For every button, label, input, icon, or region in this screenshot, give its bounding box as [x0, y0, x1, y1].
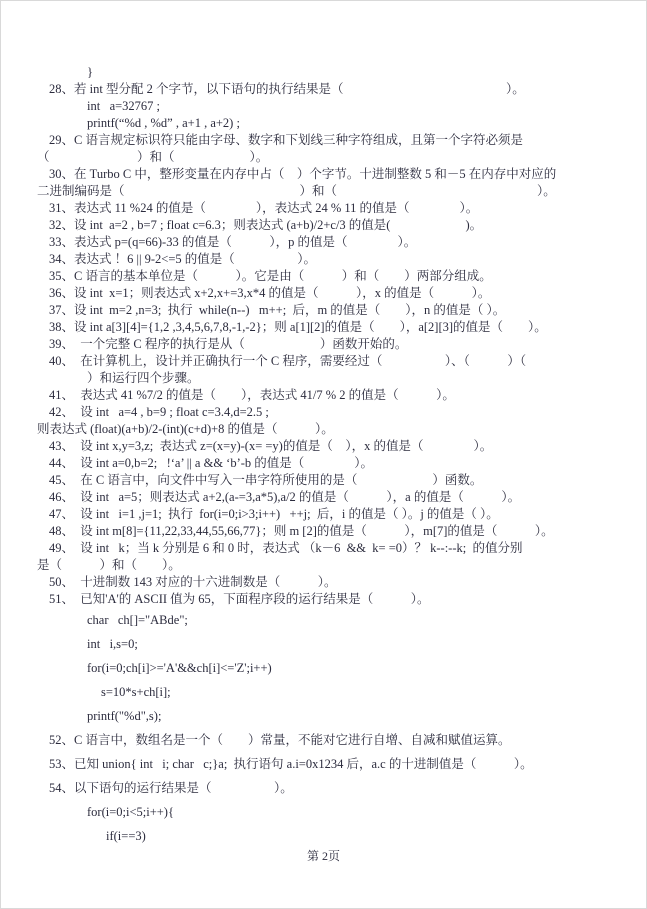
text-line: 28、若 int 型分配 2 个字节，以下语句的执行结果是（ ）。 — [49, 81, 626, 98]
code-line: if(i==3) — [106, 824, 626, 848]
text-line: 46、 设 int a=5；则表达式 a+2,(a-=3,a*5),a/2 的值… — [49, 489, 626, 506]
text-line: 52、C 语言中，数组名是一个（ ）常量，不能对它进行自增、自减和赋值运算。 — [49, 728, 626, 752]
text-line: 42、 设 int a=4 , b=9 ; float c=3.4,d=2.5 … — [49, 404, 626, 421]
text-line: 40、 在计算机上，设计并正确执行一个 C 程序，需要经过（ ）、（ ）（ — [49, 353, 626, 370]
code-line: for(i=0;i<5;i++){ — [87, 800, 626, 824]
code-line: printf("%d",s); — [87, 704, 626, 728]
text-line: 53、已知 union{ int i; char c;}a; 执行语句 a.i=… — [49, 752, 626, 776]
text-line: ）和运行四个步骤。 — [87, 370, 626, 387]
code-line: char ch[]="ABde"; — [87, 608, 626, 632]
code-line: for(i=0;ch[i]>='A'&&ch[i]<='Z';i++) — [87, 656, 626, 680]
text-line: 36、设 int x=1；则表达式 x+2,x+=3,x*4 的值是（ ），x … — [49, 285, 626, 302]
text-line: 32、设 int a=2 , b=7 ; float c=6.3；则表达式 (a… — [49, 217, 626, 234]
text-line: 37、设 int m=2 ,n=3; 执行 while(n--) m++; 后，… — [49, 302, 626, 319]
text-line: 38、设 int a[3][4]={1,2 ,3,4,5,6,7,8,-1,-2… — [49, 319, 626, 336]
page-footer: 第 2页 — [1, 848, 646, 865]
text-line: 30、在 Turbo C 中，整形变量在内存中占（ ）个字节。十进制整数 5 和… — [49, 166, 626, 183]
document-page: }28、若 int 型分配 2 个字节，以下语句的执行结果是（ ）。int a=… — [0, 0, 647, 909]
text-line: 33、表达式 p=(q=66)-33 的值是（ ），p 的值是（ ）。 — [49, 234, 626, 251]
text-line: 54、以下语句的运行结果是（ ）。 — [49, 776, 626, 800]
text-line: 49、 设 int k；当 k 分别是 6 和 0 时，表达式 （k－6 && … — [49, 540, 626, 557]
text-line: 41、 表达式 41 %7/2 的值是（ ），表达式 41/7 % 2 的值是（… — [49, 387, 626, 404]
code-line: s=10*s+ch[i]; — [101, 680, 626, 704]
code-line: int i,s=0; — [87, 632, 626, 656]
text-line: （ ）和（ ）。 — [37, 149, 626, 166]
code-line: } — [87, 64, 626, 81]
document-body: }28、若 int 型分配 2 个字节，以下语句的执行结果是（ ）。int a=… — [49, 64, 626, 848]
text-line: 50、 十进制数 143 对应的十六进制数是（ ）。 — [49, 574, 626, 591]
text-line: 29、C 语言规定标识符只能由字母、数字和下划线三种字符组成，且第一个字符必须是 — [49, 132, 626, 149]
code-line: int a=32767 ; — [87, 98, 626, 115]
text-line: 48、 设 int m[8]={11,22,33,44,55,66,77}；则 … — [49, 523, 626, 540]
text-line: 39、 一个完整 C 程序的执行是从（ ）函数开始的。 — [49, 336, 626, 353]
text-line: 43、 设 int x,y=3,z; 表达式 z=(x=y)-(x= =y)的值… — [49, 438, 626, 455]
text-line: 则表达式 (float)(a+b)/2-(int)(c+d)+8 的值是（ ）。 — [37, 421, 626, 438]
code-line: printf(“%d , %d” , a+1 , a+2) ; — [87, 115, 626, 132]
text-line: 31、表达式 11 %24 的值是（ ），表达式 24 % 11 的值是（ ）。 — [49, 200, 626, 217]
text-line: 35、C 语言的基本单位是（ ）。它是由（ ）和（ ）两部分组成。 — [49, 268, 626, 285]
text-line: 45、 在 C 语言中，向文件中写入一串字符所使用的是（ ）函数。 — [49, 472, 626, 489]
text-line: 34、表达式 ！6 || 9-2<=5 的值是（ ）。 — [49, 251, 626, 268]
text-line: 二进制编码是（ ）和（ ）。 — [37, 183, 626, 200]
text-line: 44、 设 int a=0,b=2; !‘a’ || a && ‘b’-b 的值… — [49, 455, 626, 472]
text-line: 51、 已知'A'的 ASCII 值为 65，下面程序段的运行结果是（ ）。 — [49, 591, 626, 608]
text-line: 47、 设 int i=1 ,j=1; 执行 for(i=0;i>3;i++) … — [49, 506, 626, 523]
text-line: 是（ ）和（ ）。 — [37, 557, 626, 574]
